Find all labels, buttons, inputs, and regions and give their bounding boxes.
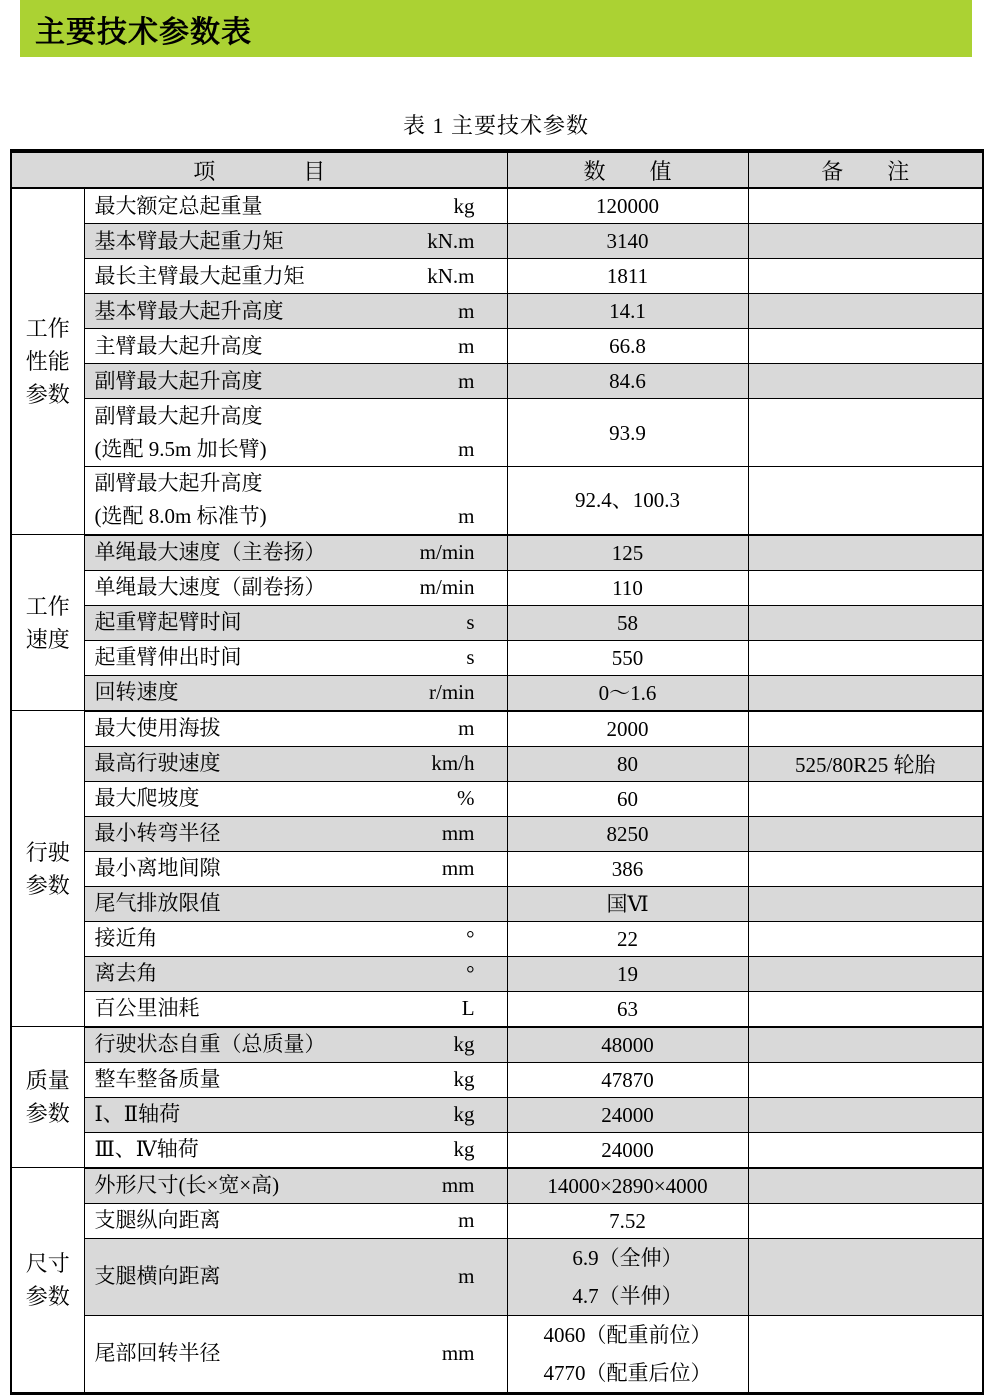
param-name-line: 最小转弯半径	[95, 817, 221, 850]
param-unit: m	[458, 433, 474, 466]
page-banner-title: 主要技术参数表	[20, 7, 252, 51]
param-unit: m	[458, 365, 474, 398]
param-name: 最长主臂最大起重力矩	[95, 260, 305, 293]
param-item-cell: 最高行驶速度km/h	[84, 746, 507, 781]
param-value: 0～1.6	[507, 675, 748, 711]
param-name-line: 外形尺寸(长×宽×高)	[95, 1169, 280, 1202]
table-row: 起重臂起臂时间s58	[11, 605, 983, 640]
param-remark: 525/80R25 轮胎	[748, 746, 983, 781]
param-unit: mm	[442, 1169, 475, 1202]
param-item: 主臂最大起升高度m	[85, 330, 507, 363]
param-remark	[748, 1132, 983, 1168]
param-name-line: 单绳最大速度（副卷扬）	[95, 571, 326, 604]
param-value-line: 110	[508, 571, 748, 605]
param-unit: m	[458, 500, 474, 533]
param-value: 48000	[507, 1027, 748, 1063]
param-value-line: 3140	[508, 224, 748, 258]
param-name-line: 最大额定总起重量	[95, 190, 263, 223]
param-value-line: 14.1	[508, 294, 748, 328]
param-item-cell: Ⅲ、Ⅳ轴荷kg	[84, 1132, 507, 1168]
param-remark	[748, 399, 983, 467]
param-remark	[748, 605, 983, 640]
param-item-cell: 整车整备质量kg	[84, 1062, 507, 1097]
param-name: 支腿纵向距离	[95, 1204, 221, 1237]
table-row: 副臂最大起升高度(选配 8.0m 标准节)m92.4、100.3	[11, 467, 983, 535]
param-name: 支腿横向距离	[95, 1260, 221, 1293]
param-value-line: 4.7（半伸）	[508, 1277, 748, 1315]
param-item-cell: 副臂最大起升高度m	[84, 364, 507, 399]
param-value: 14.1	[507, 294, 748, 329]
param-unit: m	[458, 330, 474, 363]
table-row: 接近角°22	[11, 921, 983, 956]
param-name: 行驶状态自重（总质量）	[95, 1028, 326, 1061]
param-value: 58	[507, 605, 748, 640]
param-item: 接近角°	[85, 922, 507, 955]
param-item: 副臂最大起升高度(选配 8.0m 标准节)m	[85, 467, 507, 533]
param-value: 24000	[507, 1132, 748, 1168]
group-label-line: 参数	[12, 1280, 84, 1313]
param-unit: °	[466, 922, 474, 955]
param-value-line: 125	[508, 536, 748, 570]
group-label-line: 参数	[12, 869, 84, 902]
column-header-remark: 备 注	[748, 151, 983, 188]
param-name: 最小转弯半径	[95, 817, 221, 850]
table-row: 起重臂伸出时间s550	[11, 640, 983, 675]
param-item: 副臂最大起升高度m	[85, 365, 507, 398]
param-name: 最大额定总起重量	[95, 190, 263, 223]
param-value: 24000	[507, 1097, 748, 1132]
param-remark	[748, 851, 983, 886]
param-remark	[748, 1062, 983, 1097]
param-unit: m	[458, 295, 474, 328]
param-item-cell: 最小转弯半径mm	[84, 816, 507, 851]
param-item: Ⅰ、Ⅱ轴荷kg	[85, 1098, 507, 1131]
param-name: 接近角	[95, 922, 158, 955]
param-name: 起重臂伸出时间	[95, 641, 242, 674]
param-name-line: 行驶状态自重（总质量）	[95, 1028, 326, 1061]
table-row: 离去角°19	[11, 956, 983, 991]
param-item-cell: 离去角°	[84, 956, 507, 991]
param-remark	[748, 816, 983, 851]
table-row: 整车整备质量kg47870	[11, 1062, 983, 1097]
table-row: 尺寸参数外形尺寸(长×宽×高)mm14000×2890×4000	[11, 1168, 983, 1204]
table-row: 质量参数行驶状态自重（总质量）kg48000	[11, 1027, 983, 1063]
table-row: 最小离地间隙mm386	[11, 851, 983, 886]
param-name: 副臂最大起升高度	[95, 365, 263, 398]
param-remark	[748, 1097, 983, 1132]
param-remark	[748, 188, 983, 224]
param-name: 最大使用海拔	[95, 712, 221, 745]
table-row: 基本臂最大起重力矩kN.m3140	[11, 224, 983, 259]
param-value: 80	[507, 746, 748, 781]
param-name-line: (选配 8.0m 标准节)	[95, 500, 267, 533]
table-row: 支腿横向距离m6.9（全伸）4.7（半伸）	[11, 1238, 983, 1315]
param-item: 副臂最大起升高度(选配 9.5m 加长臂)m	[85, 400, 507, 466]
param-name: 百公里油耗	[95, 992, 200, 1025]
column-header-value: 数 值	[507, 151, 748, 188]
param-item: 尾部回转半径mm	[85, 1337, 507, 1370]
param-value-line: 7.52	[508, 1204, 748, 1238]
param-name-line: 副臂最大起升高度	[95, 400, 267, 433]
param-item-cell: 最大额定总起重量kg	[84, 188, 507, 224]
param-item-cell: 最大使用海拔m	[84, 711, 507, 747]
param-name-line: (选配 9.5m 加长臂)	[95, 433, 267, 466]
param-unit: m	[458, 1260, 474, 1293]
param-unit: L	[462, 992, 475, 1025]
param-item: 起重臂起臂时间s	[85, 606, 507, 639]
param-value-line: 92.4、100.3	[508, 483, 748, 517]
table-row: 副臂最大起升高度m84.6	[11, 364, 983, 399]
param-unit: km/h	[431, 747, 474, 780]
param-name-line: 副臂最大起升高度	[95, 365, 263, 398]
param-name: 离去角	[95, 957, 158, 990]
table-row: 支腿纵向距离m7.52	[11, 1203, 983, 1238]
param-unit: °	[466, 957, 474, 990]
param-value: 22	[507, 921, 748, 956]
param-item-cell: Ⅰ、Ⅱ轴荷kg	[84, 1097, 507, 1132]
param-remark	[748, 329, 983, 364]
column-header-item: 项 目	[11, 151, 507, 188]
param-item: 回转速度r/min	[85, 676, 507, 709]
table-row: Ⅲ、Ⅳ轴荷kg24000	[11, 1132, 983, 1168]
group-label: 尺寸参数	[11, 1168, 84, 1394]
param-item: 支腿横向距离m	[85, 1260, 507, 1293]
table-row: 主臂最大起升高度m66.8	[11, 329, 983, 364]
param-value: 125	[507, 535, 748, 571]
param-value-line: 2000	[508, 712, 748, 746]
param-unit: mm	[442, 1337, 475, 1370]
param-item: 最大使用海拔m	[85, 712, 507, 745]
param-value-line: 1811	[508, 259, 748, 293]
param-name: 单绳最大速度（副卷扬）	[95, 571, 326, 604]
table-row: 百公里油耗L63	[11, 991, 983, 1027]
param-remark	[748, 467, 983, 535]
param-item-cell: 外形尺寸(长×宽×高)mm	[84, 1168, 507, 1204]
param-value: 92.4、100.3	[507, 467, 748, 535]
param-item-cell: 主臂最大起升高度m	[84, 329, 507, 364]
param-name-line: 回转速度	[95, 676, 179, 709]
param-value: 3140	[507, 224, 748, 259]
table-row: 行驶参数最大使用海拔m2000	[11, 711, 983, 747]
param-name: 起重臂起臂时间	[95, 606, 242, 639]
group-label-line: 速度	[12, 623, 84, 656]
table-row: 最大爬坡度%60	[11, 781, 983, 816]
param-item: 基本臂最大起重力矩kN.m	[85, 225, 507, 258]
group-label-line: 工作	[12, 312, 84, 345]
param-value-line: 58	[508, 606, 748, 640]
param-remark	[748, 294, 983, 329]
param-value: 110	[507, 570, 748, 605]
param-value-line: 24000	[508, 1098, 748, 1132]
param-remark	[748, 1027, 983, 1063]
param-item: 单绳最大速度（副卷扬）m/min	[85, 571, 507, 604]
param-item: 单绳最大速度（主卷扬）m/min	[85, 536, 507, 569]
param-name-line: 基本臂最大起升高度	[95, 295, 284, 328]
param-remark	[748, 1168, 983, 1204]
group-label-line: 行驶	[12, 836, 84, 869]
param-value: 6.9（全伸）4.7（半伸）	[507, 1238, 748, 1315]
param-item: 起重臂伸出时间s	[85, 641, 507, 674]
param-name: 外形尺寸(长×宽×高)	[95, 1169, 280, 1202]
param-value-line: 550	[508, 641, 748, 675]
table-row: 副臂最大起升高度(选配 9.5m 加长臂)m93.9	[11, 399, 983, 467]
param-item: 基本臂最大起升高度m	[85, 295, 507, 328]
group-label: 质量参数	[11, 1027, 84, 1168]
param-value-line: 0～1.6	[508, 676, 748, 710]
param-item: 整车整备质量kg	[85, 1063, 507, 1096]
table-row: 最长主臂最大起重力矩kN.m1811	[11, 259, 983, 294]
param-item-cell: 接近角°	[84, 921, 507, 956]
param-value-line: 48000	[508, 1028, 748, 1062]
param-name: 副臂最大起升高度(选配 9.5m 加长臂)	[95, 400, 267, 466]
group-label: 工作性能参数	[11, 188, 84, 535]
param-item: 行驶状态自重（总质量）kg	[85, 1028, 507, 1061]
param-value: 93.9	[507, 399, 748, 467]
param-item: Ⅲ、Ⅳ轴荷kg	[85, 1133, 507, 1166]
param-name-line: 最大爬坡度	[95, 782, 200, 815]
param-value: 8250	[507, 816, 748, 851]
table-row: 工作速度单绳最大速度（主卷扬）m/min125	[11, 535, 983, 571]
group-label-line: 工作	[12, 590, 84, 623]
param-unit: mm	[442, 852, 475, 885]
param-name-line: 尾部回转半径	[95, 1337, 221, 1370]
param-name: 尾部回转半径	[95, 1337, 221, 1370]
param-item-cell: 单绳最大速度（主卷扬）m/min	[84, 535, 507, 571]
param-remark	[748, 224, 983, 259]
table-row: Ⅰ、Ⅱ轴荷kg24000	[11, 1097, 983, 1132]
param-unit: s	[466, 606, 474, 639]
param-item: 最大额定总起重量kg	[85, 190, 507, 223]
param-value-line: 93.9	[508, 416, 748, 450]
param-remark	[748, 956, 983, 991]
param-unit: r/min	[429, 676, 475, 709]
param-value: 386	[507, 851, 748, 886]
param-value-line: 80	[508, 747, 748, 781]
param-name-line: 起重臂起臂时间	[95, 606, 242, 639]
param-value: 19	[507, 956, 748, 991]
group-label: 工作速度	[11, 535, 84, 711]
param-remark	[748, 259, 983, 294]
param-item-cell: 基本臂最大起重力矩kN.m	[84, 224, 507, 259]
param-item-cell: 支腿横向距离m	[84, 1238, 507, 1315]
param-value: 84.6	[507, 364, 748, 399]
param-value: 120000	[507, 188, 748, 224]
param-name-line: 最小离地间隙	[95, 852, 221, 885]
param-value-line: 14000×2890×4000	[508, 1169, 748, 1203]
param-item-cell: 起重臂伸出时间s	[84, 640, 507, 675]
param-remark	[748, 711, 983, 747]
param-name: Ⅰ、Ⅱ轴荷	[95, 1098, 181, 1131]
param-unit: kg	[454, 1098, 475, 1131]
param-remark	[748, 570, 983, 605]
table-row: 基本臂最大起升高度m14.1	[11, 294, 983, 329]
parameters-table-body: 工作性能参数最大额定总起重量kg120000基本臂最大起重力矩kN.m3140最…	[11, 188, 983, 1393]
param-name: 最大爬坡度	[95, 782, 200, 815]
page-banner: 主要技术参数表	[20, 0, 972, 57]
param-value: 2000	[507, 711, 748, 747]
param-item-cell: 起重臂起臂时间s	[84, 605, 507, 640]
param-unit: kg	[454, 1133, 475, 1166]
param-value-line: 4770（配重后位）	[508, 1354, 748, 1392]
param-unit: m/min	[420, 536, 475, 569]
param-item-cell: 基本臂最大起升高度m	[84, 294, 507, 329]
param-name-line: 支腿横向距离	[95, 1260, 221, 1293]
param-value-line: 22	[508, 922, 748, 956]
param-remark	[748, 535, 983, 571]
param-value: 7.52	[507, 1203, 748, 1238]
param-item-cell: 回转速度r/min	[84, 675, 507, 711]
param-value-line: 386	[508, 852, 748, 886]
param-remark	[748, 921, 983, 956]
param-name-line: 副臂最大起升高度	[95, 467, 267, 500]
param-name-line: 主臂最大起升高度	[95, 330, 263, 363]
param-value: 4060（配重前位）4770（配重后位）	[507, 1315, 748, 1393]
param-remark	[748, 364, 983, 399]
param-item-cell: 最长主臂最大起重力矩kN.m	[84, 259, 507, 294]
param-remark	[748, 1315, 983, 1393]
param-item: 尾气排放限值	[85, 887, 507, 920]
param-unit: m/min	[420, 571, 475, 604]
param-value-line: 6.9（全伸）	[508, 1239, 748, 1277]
param-unit: kN.m	[427, 225, 474, 258]
param-item: 外形尺寸(长×宽×高)mm	[85, 1169, 507, 1202]
param-item: 支腿纵向距离m	[85, 1204, 507, 1237]
param-remark	[748, 886, 983, 921]
param-item: 百公里油耗L	[85, 992, 507, 1025]
table-row: 最小转弯半径mm8250	[11, 816, 983, 851]
param-name-line: 最长主臂最大起重力矩	[95, 260, 305, 293]
param-name-line: 离去角	[95, 957, 158, 990]
param-value: 550	[507, 640, 748, 675]
parameters-table: 项 目 数 值 备 注 工作性能参数最大额定总起重量kg120000基本臂最大起…	[10, 149, 984, 1395]
param-item: 最小转弯半径mm	[85, 817, 507, 850]
group-label-line: 参数	[12, 1097, 84, 1130]
param-item-cell: 单绳最大速度（副卷扬）m/min	[84, 570, 507, 605]
param-item-cell: 副臂最大起升高度(选配 9.5m 加长臂)m	[84, 399, 507, 467]
param-value: 1811	[507, 259, 748, 294]
param-unit: kg	[454, 190, 475, 223]
param-item-cell: 最大爬坡度%	[84, 781, 507, 816]
param-value: 47870	[507, 1062, 748, 1097]
param-name: Ⅲ、Ⅳ轴荷	[95, 1133, 199, 1166]
param-item-cell: 尾部回转半径mm	[84, 1315, 507, 1393]
param-name-line: Ⅲ、Ⅳ轴荷	[95, 1133, 199, 1166]
param-name-line: 百公里油耗	[95, 992, 200, 1025]
param-item-cell: 支腿纵向距离m	[84, 1203, 507, 1238]
param-name: 尾气排放限值	[95, 887, 221, 920]
param-name-line: 单绳最大速度（主卷扬）	[95, 536, 326, 569]
param-value-line: 国Ⅵ	[508, 887, 748, 921]
param-name-line: 最高行驶速度	[95, 747, 221, 780]
table-row: 单绳最大速度（副卷扬）m/min110	[11, 570, 983, 605]
param-item-cell: 最小离地间隙mm	[84, 851, 507, 886]
param-unit: kN.m	[427, 260, 474, 293]
param-value-line: 60	[508, 782, 748, 816]
param-unit: m	[458, 712, 474, 745]
table-header-row: 项 目 数 值 备 注	[11, 151, 983, 188]
param-unit: m	[458, 1204, 474, 1237]
param-name: 整车整备质量	[95, 1063, 221, 1096]
param-value: 63	[507, 991, 748, 1027]
param-value-line: 24000	[508, 1133, 748, 1167]
param-value-line: 66.8	[508, 329, 748, 363]
param-item: 最小离地间隙mm	[85, 852, 507, 885]
table-row: 尾气排放限值国Ⅵ	[11, 886, 983, 921]
param-name: 单绳最大速度（主卷扬）	[95, 536, 326, 569]
param-unit: %	[457, 782, 475, 815]
param-name: 最高行驶速度	[95, 747, 221, 780]
param-remark	[748, 991, 983, 1027]
param-name-line: 接近角	[95, 922, 158, 955]
param-item: 最长主臂最大起重力矩kN.m	[85, 260, 507, 293]
param-unit: mm	[442, 817, 475, 850]
param-name-line: 支腿纵向距离	[95, 1204, 221, 1237]
group-label-line: 质量	[12, 1064, 84, 1097]
group-label-line: 尺寸	[12, 1247, 84, 1280]
table-row: 工作性能参数最大额定总起重量kg120000	[11, 188, 983, 224]
param-value-line: 4060（配重前位）	[508, 1316, 748, 1354]
param-item-cell: 副臂最大起升高度(选配 8.0m 标准节)m	[84, 467, 507, 535]
param-name-line: Ⅰ、Ⅱ轴荷	[95, 1098, 181, 1131]
param-name-line: 尾气排放限值	[95, 887, 221, 920]
group-label: 行驶参数	[11, 711, 84, 1027]
param-item-cell: 尾气排放限值	[84, 886, 507, 921]
table-row: 尾部回转半径mm4060（配重前位）4770（配重后位）	[11, 1315, 983, 1393]
param-item-cell: 行驶状态自重（总质量）kg	[84, 1027, 507, 1063]
table-row: 回转速度r/min0～1.6	[11, 675, 983, 711]
param-item: 离去角°	[85, 957, 507, 990]
param-name: 基本臂最大起升高度	[95, 295, 284, 328]
param-unit: kg	[454, 1063, 475, 1096]
param-value-line: 47870	[508, 1063, 748, 1097]
param-value: 14000×2890×4000	[507, 1168, 748, 1204]
param-value: 国Ⅵ	[507, 886, 748, 921]
param-value-line: 19	[508, 957, 748, 991]
table-caption: 表 1 主要技术参数	[0, 109, 992, 140]
param-item: 最大爬坡度%	[85, 782, 507, 815]
param-name: 副臂最大起升高度(选配 8.0m 标准节)	[95, 467, 267, 533]
param-remark	[748, 1203, 983, 1238]
param-remark	[748, 675, 983, 711]
param-unit: s	[466, 641, 474, 674]
param-item: 最高行驶速度km/h	[85, 747, 507, 780]
group-label-line: 参数	[12, 378, 84, 411]
param-name-line: 基本臂最大起重力矩	[95, 225, 284, 258]
param-name: 基本臂最大起重力矩	[95, 225, 284, 258]
group-label-line: 性能	[12, 345, 84, 378]
param-value-line: 63	[508, 992, 748, 1026]
param-remark	[748, 781, 983, 816]
param-item-cell: 百公里油耗L	[84, 991, 507, 1027]
table-row: 最高行驶速度km/h80525/80R25 轮胎	[11, 746, 983, 781]
param-value-line: 120000	[508, 189, 748, 223]
param-value: 66.8	[507, 329, 748, 364]
param-name-line: 整车整备质量	[95, 1063, 221, 1096]
param-value-line: 8250	[508, 817, 748, 851]
param-value: 60	[507, 781, 748, 816]
param-name: 主臂最大起升高度	[95, 330, 263, 363]
param-name-line: 起重臂伸出时间	[95, 641, 242, 674]
param-unit: kg	[454, 1028, 475, 1061]
param-value-line: 84.6	[508, 364, 748, 398]
param-name-line: 最大使用海拔	[95, 712, 221, 745]
param-remark	[748, 640, 983, 675]
param-remark	[748, 1238, 983, 1315]
param-name: 回转速度	[95, 676, 179, 709]
param-name: 最小离地间隙	[95, 852, 221, 885]
